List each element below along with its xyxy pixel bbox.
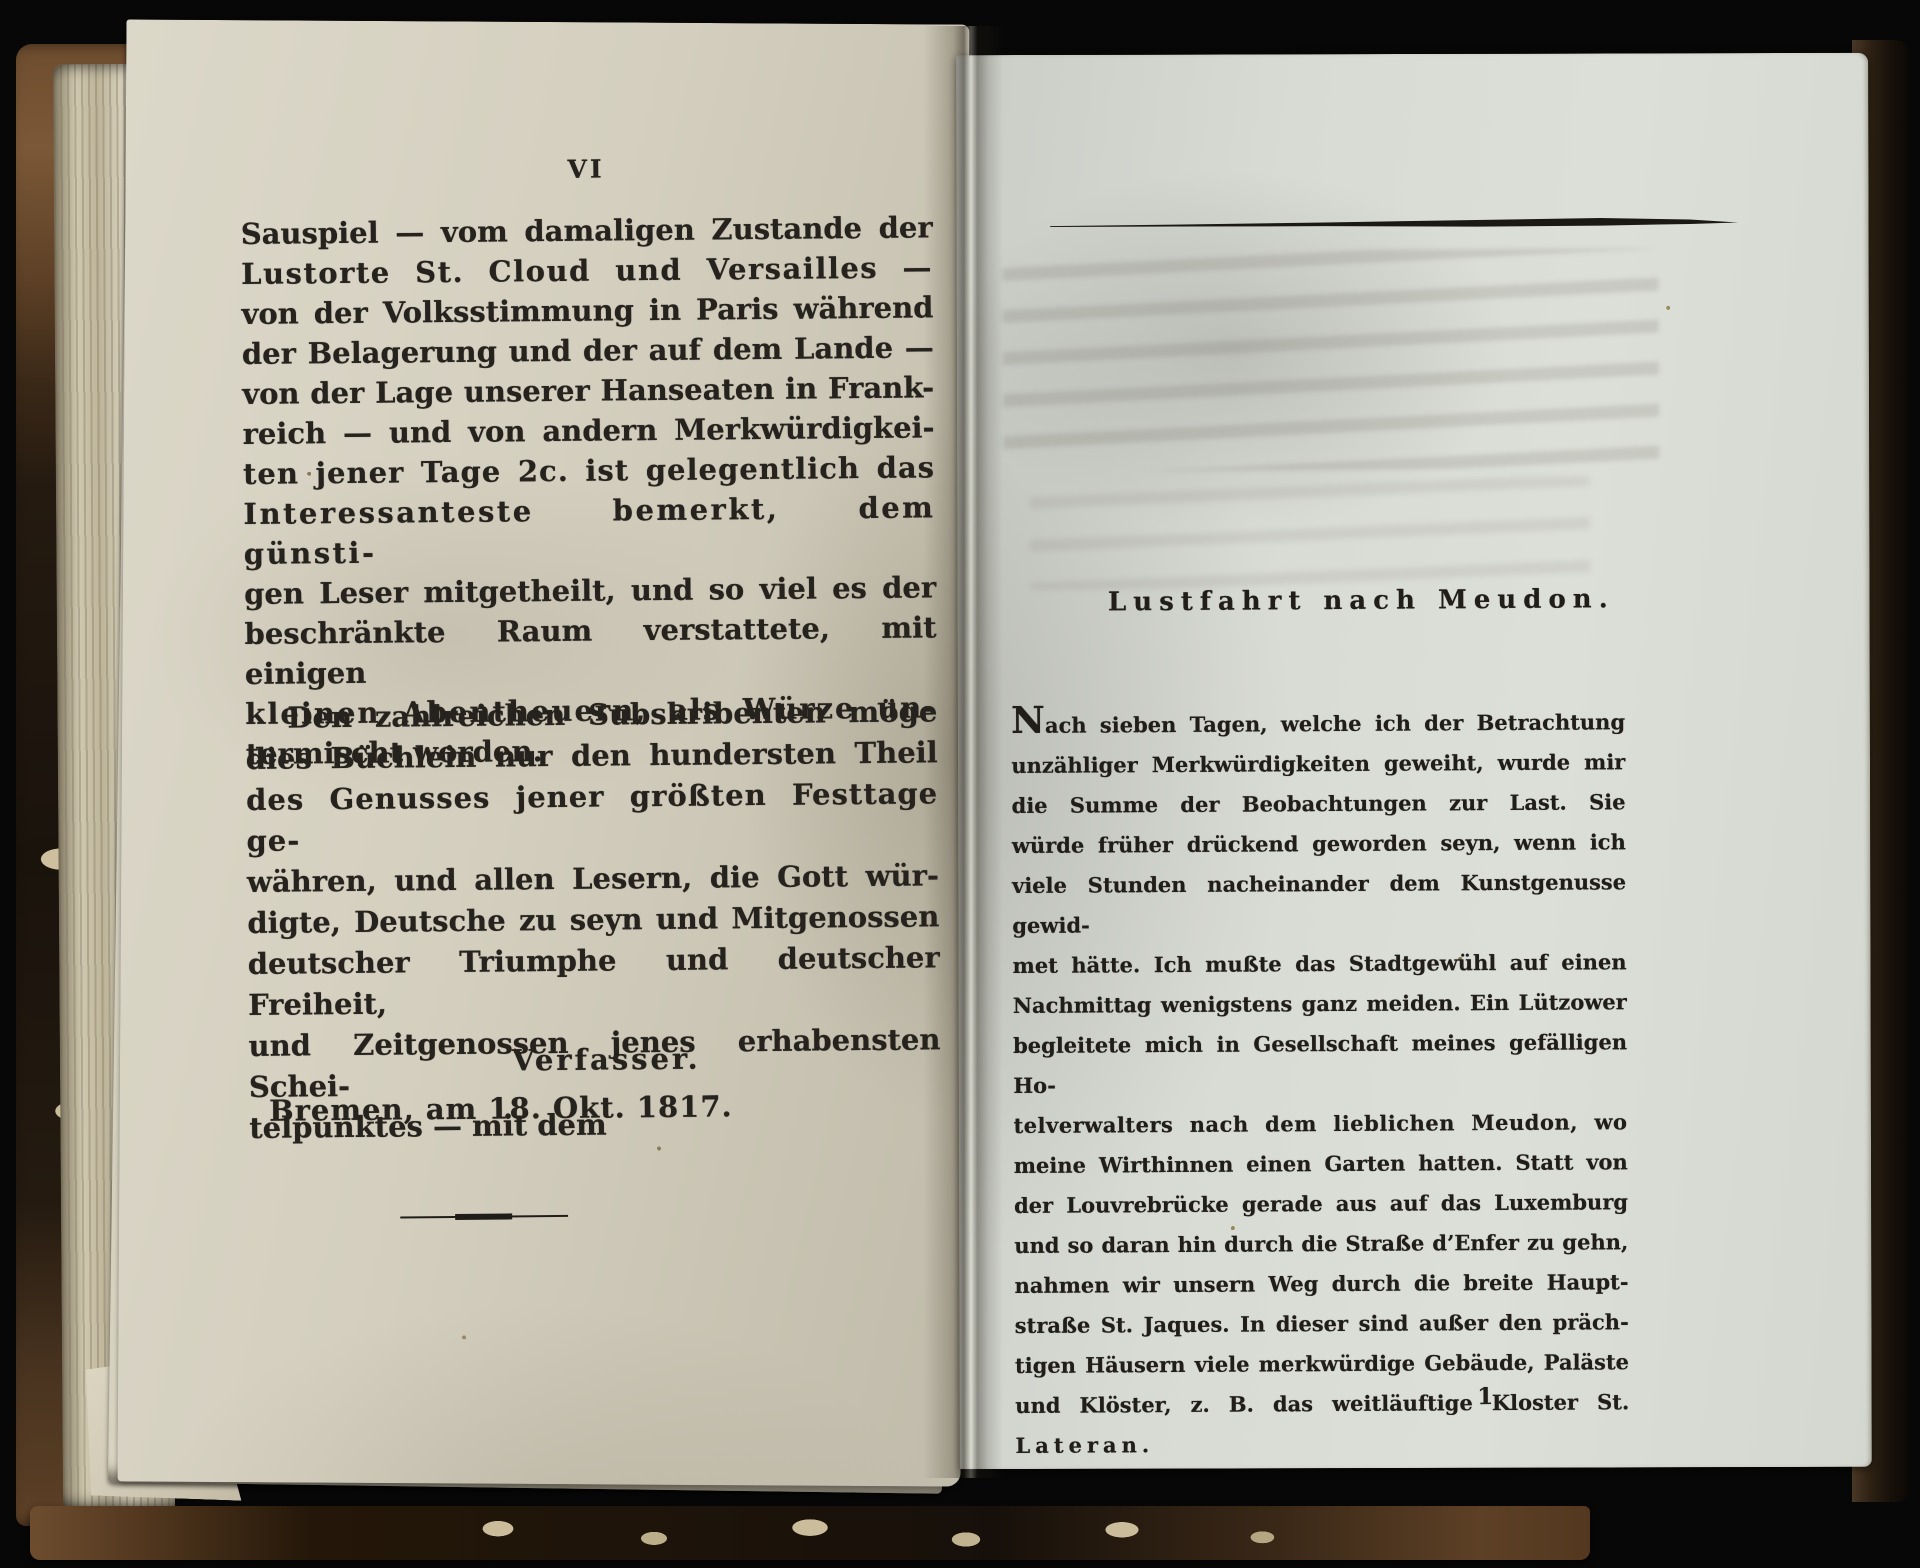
text-line: von der Lage unserer Hanseaten in Frank-: [242, 367, 934, 414]
show-through-text-shadow: [1002, 248, 1659, 472]
text-line: gen Leser mitgetheilt, und so viel es de…: [244, 567, 936, 614]
text-line: die Summe der Beobachtungen zur Last. Si…: [1011, 782, 1625, 826]
text-line: telverwalters nach dem lieblichen Meudon…: [1013, 1102, 1627, 1146]
photo-of-open-book: VI Sauspiel — vom damaligen Zustande der…: [0, 0, 1920, 1568]
text-line: Nachmittag wenigstens ganz meiden. Ein L…: [1013, 982, 1627, 1026]
text-line: Sauspiel — vom damaligen Zustande der: [241, 207, 933, 254]
text-line: dies Büchlein nur den hundersten Theil: [246, 732, 938, 780]
text-line: Interessanteste bemerkt, dem günsti-: [243, 487, 936, 574]
author-signature: Verfasser.: [249, 1042, 701, 1080]
text-line: begleitete mich in Gesellschaft meines g…: [1013, 1022, 1627, 1106]
text-line: deutscher Triumphe und deutscher Freihei…: [248, 937, 941, 1026]
show-through-text-shadow: [1030, 476, 1591, 589]
book-cover-bottom-edge: [30, 1506, 1590, 1560]
text-line: Lustorte St. Cloud und Versailles —: [241, 247, 933, 294]
text-line: unzähliger Merkwürdigkeiten geweiht, wur…: [1011, 742, 1625, 786]
text-line: währen, und allen Lesern, die Gott wür-: [247, 855, 939, 903]
text-line: ten jener Tage 2c. ist gelegentlich das: [243, 447, 935, 494]
text-line: tigen Häusern viele merkwürdige Gebäude,…: [1015, 1342, 1629, 1386]
text-line: meine Wirthinnen einen Garten hatten. St…: [1014, 1142, 1628, 1186]
text-line: Den zahlreichen Subskribenten möge: [245, 691, 937, 739]
dateline: Bremen, am 18. Okt. 1817.: [269, 1089, 733, 1127]
text-line: der Louvrebrücke gerade aus auf das Luxe…: [1014, 1182, 1628, 1226]
text-line: und so daran hin durch die Straße d’Enfe…: [1014, 1222, 1628, 1266]
text-line: met hätte. Ich mußte das Stadtgewühl auf…: [1012, 942, 1626, 986]
text-line: digte, Deutsche zu seyn und Mitgenossen: [247, 896, 939, 944]
page-number-arabic: 1: [1477, 1383, 1493, 1410]
text-line: von der Volksstimmung in Paris während: [241, 287, 933, 334]
text-line: Lateran.: [1015, 1422, 1629, 1466]
text-line: des Genusses jener größten Festtage ge-: [246, 773, 939, 862]
text-line: nahmen wir unsern Weg durch die breite H…: [1014, 1262, 1628, 1306]
ornament-divider: [400, 1211, 568, 1223]
text-line: und Klöster, z. B. das weitläuftige Klos…: [1015, 1382, 1629, 1426]
text-line: reich — und von andern Merkwürdigkei-: [242, 407, 934, 454]
text-line: beschränkte Raum verstattete, mit einige…: [244, 607, 937, 694]
chapter-body: Nach sieben Tagen, welche ich der Betrac…: [1011, 696, 1630, 1466]
text-line: straße St. Jaques. In dieser sind außer …: [1015, 1302, 1629, 1346]
chapter-title: Lustfahrt nach Meudon.: [1054, 584, 1668, 618]
text-line: Nach sieben Tagen, welche ich der Betrac…: [1011, 696, 1625, 746]
text-line: würde früher drückend geworden seyn, wen…: [1012, 822, 1626, 866]
text-line: der Belagerung und der auf dem Lande —: [242, 327, 934, 374]
preface-paragraph-1: Sauspiel — vom damaligen Zustande der Lu…: [241, 207, 938, 774]
preface-paragraph-2: Den zahlreichen Subskribenten möge dies …: [245, 691, 941, 1149]
text-line: viele Stunden nacheinander dem Kunstgenu…: [1012, 862, 1626, 946]
